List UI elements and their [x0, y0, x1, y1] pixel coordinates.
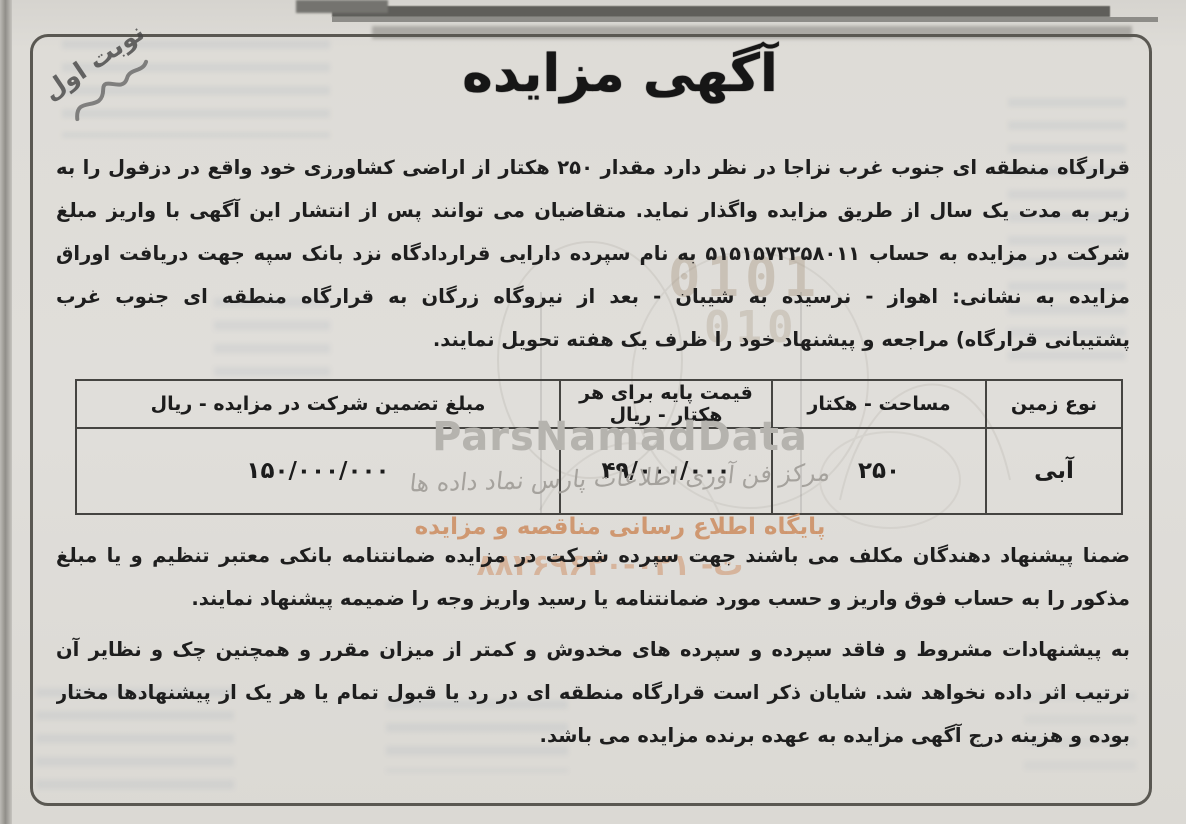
header-base-price: قیمت پایه برای هر هکتار - ریال: [560, 380, 772, 428]
intro-line-1: قرارگاه منطقه ای جنوب غرب نزاجا در نظر د…: [56, 146, 1130, 189]
scan-artifact-strip: [332, 17, 1158, 22]
conditions-line-3: بوده و هزینه درج آگهی مزایده به عهده برن…: [56, 714, 1130, 757]
conditions-paragraph: به پیشنهادات مشروط و فاقد سپرده و سپرده …: [56, 628, 1130, 757]
header-guarantee-amount: مبلغ تضمین شرکت در مزایده - ریال: [76, 380, 560, 428]
intro-line-3: شرکت در مزایده به حساب ۵۱۵۱۵۷۲۲۵۸۰۱۱ به …: [56, 232, 1130, 275]
cell-land-type: آبی: [986, 428, 1122, 514]
conditions-line-2: ترتیب اثر داده نخواهد شد. شایان ذکر است …: [56, 671, 1130, 714]
tender-table: نوع زمین مساحت - هکتار قیمت پایه برای هر…: [75, 379, 1123, 515]
intro-line-4: مزایده به نشانی: اهواز - نرسیده به شیبان…: [56, 275, 1130, 318]
table-header-row: نوع زمین مساحت - هکتار قیمت پایه برای هر…: [76, 380, 1122, 428]
cell-area-hectare: ۲۵۰: [772, 428, 986, 514]
deposit-paragraph: ضمنا پیشنهاد دهندگان مکلف می باشند جهت س…: [56, 534, 1130, 620]
cell-base-price: ۴۹/۰۰۰/۰۰۰: [560, 428, 772, 514]
scan-artifact-strip: [332, 6, 1110, 17]
header-land-type: نوع زمین: [986, 380, 1122, 428]
intro-line-5: پشتیبانی قرارگاه) مراجعه و پیشنهاد خود ر…: [56, 318, 1130, 361]
cell-guarantee-amount: ۱۵۰/۰۰۰/۰۰۰: [76, 428, 560, 514]
intro-paragraph: قرارگاه منطقه ای جنوب غرب نزاجا در نظر د…: [56, 146, 1130, 361]
intro-line-2: زیر به مدت یک سال از طریق مزایده واگذار …: [56, 189, 1130, 232]
deposit-line-1: ضمنا پیشنهاد دهندگان مکلف می باشند جهت س…: [56, 534, 1130, 577]
scanned-auction-notice: 0101 010 نوبت اول آگهی مزایده قرارگاه من…: [0, 0, 1186, 824]
header-area-hectare: مساحت - هکتار: [772, 380, 986, 428]
conditions-line-1: به پیشنهادات مشروط و فاقد سپرده و سپرده …: [56, 628, 1130, 671]
notice-title: آگهی مزایده: [90, 44, 1150, 104]
page-fold-edge: [0, 0, 12, 824]
table-row: آبی ۲۵۰ ۴۹/۰۰۰/۰۰۰ ۱۵۰/۰۰۰/۰۰۰: [76, 428, 1122, 514]
deposit-line-2: مذکور را به حساب فوق واریز و حسب مورد ضم…: [56, 577, 1130, 620]
scan-artifact-strip: [296, 0, 388, 13]
